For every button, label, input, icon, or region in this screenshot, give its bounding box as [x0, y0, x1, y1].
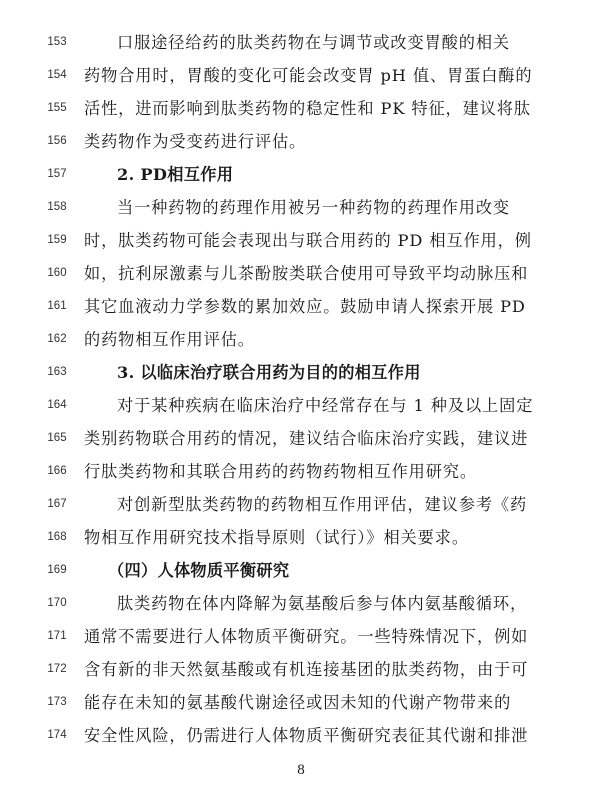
- line-number: 172: [40, 653, 74, 686]
- paragraph-text: 其它血液动力学参数的累加效应。鼓励申请人探索开展 PD: [84, 290, 530, 323]
- text-line: 164 对于某种疾病在临床治疗中经常存在与 1 种及以上固定: [0, 389, 602, 422]
- text-line: 155 活性，进而影响到肽类药物的稳定性和 PK 特征，建议将肽: [0, 92, 602, 125]
- line-number: 171: [40, 620, 74, 653]
- text-line: 165 类别药物联合用药的情况，建议结合临床治疗实践，建议进: [0, 422, 602, 455]
- text-line: 174 安全性风险，仍需进行人体物质平衡研究表征其代谢和排泄: [0, 719, 602, 752]
- text-line: 160 如，抗利尿激素与儿茶酚胺类联合使用可导致平均动脉压和: [0, 257, 602, 290]
- text-line: 170 肽类药物在体内降解为氨基酸后参与体内氨基酸循环，: [0, 587, 602, 620]
- paragraph-text: 物相互作用研究技术指导原则（试行）》相关要求。: [84, 521, 530, 554]
- text-line: 171 通常不需要进行人体物质平衡研究。一些特殊情况下，例如: [0, 620, 602, 653]
- paragraph-text: 如，抗利尿激素与儿茶酚胺类联合使用可导致平均动脉压和: [84, 257, 530, 290]
- text-line: 161 其它血液动力学参数的累加效应。鼓励申请人探索开展 PD: [0, 290, 602, 323]
- line-number: 153: [40, 26, 74, 59]
- line-number: 159: [40, 224, 74, 257]
- line-number: 168: [40, 521, 74, 554]
- line-number: 169: [40, 554, 74, 587]
- line-number: 164: [40, 389, 74, 422]
- line-number: 165: [40, 422, 74, 455]
- heading-text: 2. PD相互作用: [117, 158, 530, 191]
- paragraph-text: 时，肽类药物可能会表现出与联合用药的 PD 相互作用，例: [84, 224, 530, 257]
- section-heading: 169 （四）人体物质平衡研究: [0, 554, 602, 587]
- paragraph-text: 活性，进而影响到肽类药物的稳定性和 PK 特征，建议将肽: [84, 92, 530, 125]
- line-number: 173: [40, 686, 74, 719]
- line-number: 156: [40, 125, 74, 158]
- text-line: 167 对创新型肽类药物的药物相互作用评估，建议参考《药: [0, 488, 602, 521]
- paragraph-text: 能存在未知的氨基酸代谢途径或因未知的代谢产物带来的: [84, 686, 530, 719]
- paragraph-text: 药物合用时，胃酸的变化可能会改变胃 pH 值、胃蛋白酶的: [84, 59, 530, 92]
- text-line: 159 时，肽类药物可能会表现出与联合用药的 PD 相互作用，例: [0, 224, 602, 257]
- paragraph-text: 含有新的非天然氨基酸或有机连接基团的肽类药物，由于可: [84, 653, 530, 686]
- line-number: 158: [40, 191, 74, 224]
- line-number: 174: [40, 719, 74, 752]
- line-number: 155: [40, 92, 74, 125]
- paragraph-text: 的药物相互作用评估。: [84, 323, 530, 356]
- paragraph-text: 口服途径给药的肽类药物在与调节或改变胃酸的相关: [117, 26, 530, 59]
- line-number: 163: [40, 356, 74, 389]
- line-number: 157: [40, 158, 74, 191]
- text-line: 172 含有新的非天然氨基酸或有机连接基团的肽类药物，由于可: [0, 653, 602, 686]
- paragraph-text: 对创新型肽类药物的药物相互作用评估，建议参考《药: [117, 488, 530, 521]
- line-number: 170: [40, 587, 74, 620]
- paragraph-text: 类药物作为受变药进行评估。: [84, 125, 530, 158]
- paragraph-text: 类别药物联合用药的情况，建议结合临床治疗实践，建议进: [84, 422, 530, 455]
- text-line: 166 行肽类药物和其联合用药的药物药物相互作用研究。: [0, 455, 602, 488]
- text-line: 153 口服途径给药的肽类药物在与调节或改变胃酸的相关: [0, 26, 602, 59]
- heading-text: （四）人体物质平衡研究: [108, 554, 521, 587]
- paragraph-text: 肽类药物在体内降解为氨基酸后参与体内氨基酸循环，: [117, 587, 530, 620]
- heading-text: 3. 以临床治疗联合用药为目的的相互作用: [117, 356, 530, 389]
- line-number: 161: [40, 290, 74, 323]
- paragraph-text: 当一种药物的药理作用被另一种药物的药理作用改变: [117, 191, 530, 224]
- paragraph-text: 对于某种疾病在临床治疗中经常存在与 1 种及以上固定: [117, 389, 530, 422]
- paragraph-text: 通常不需要进行人体物质平衡研究。一些特殊情况下，例如: [84, 620, 530, 653]
- line-number: 154: [40, 59, 74, 92]
- text-line: 158 当一种药物的药理作用被另一种药物的药理作用改变: [0, 191, 602, 224]
- line-number: 167: [40, 488, 74, 521]
- page-number: 8: [0, 762, 602, 779]
- line-number: 160: [40, 257, 74, 290]
- text-line: 156 类药物作为受变药进行评估。: [0, 125, 602, 158]
- line-number: 166: [40, 455, 74, 488]
- paragraph-text: 安全性风险，仍需进行人体物质平衡研究表征其代谢和排泄: [84, 719, 530, 752]
- line-number: 162: [40, 323, 74, 356]
- text-line: 162 的药物相互作用评估。: [0, 323, 602, 356]
- text-line: 173 能存在未知的氨基酸代谢途径或因未知的代谢产物带来的: [0, 686, 602, 719]
- text-line: 154 药物合用时，胃酸的变化可能会改变胃 pH 值、胃蛋白酶的: [0, 59, 602, 92]
- paragraph-text: 行肽类药物和其联合用药的药物药物相互作用研究。: [84, 455, 530, 488]
- text-line: 168 物相互作用研究技术指导原则（试行）》相关要求。: [0, 521, 602, 554]
- section-heading: 157 2. PD相互作用: [0, 158, 602, 191]
- section-heading: 163 3. 以临床治疗联合用药为目的的相互作用: [0, 356, 602, 389]
